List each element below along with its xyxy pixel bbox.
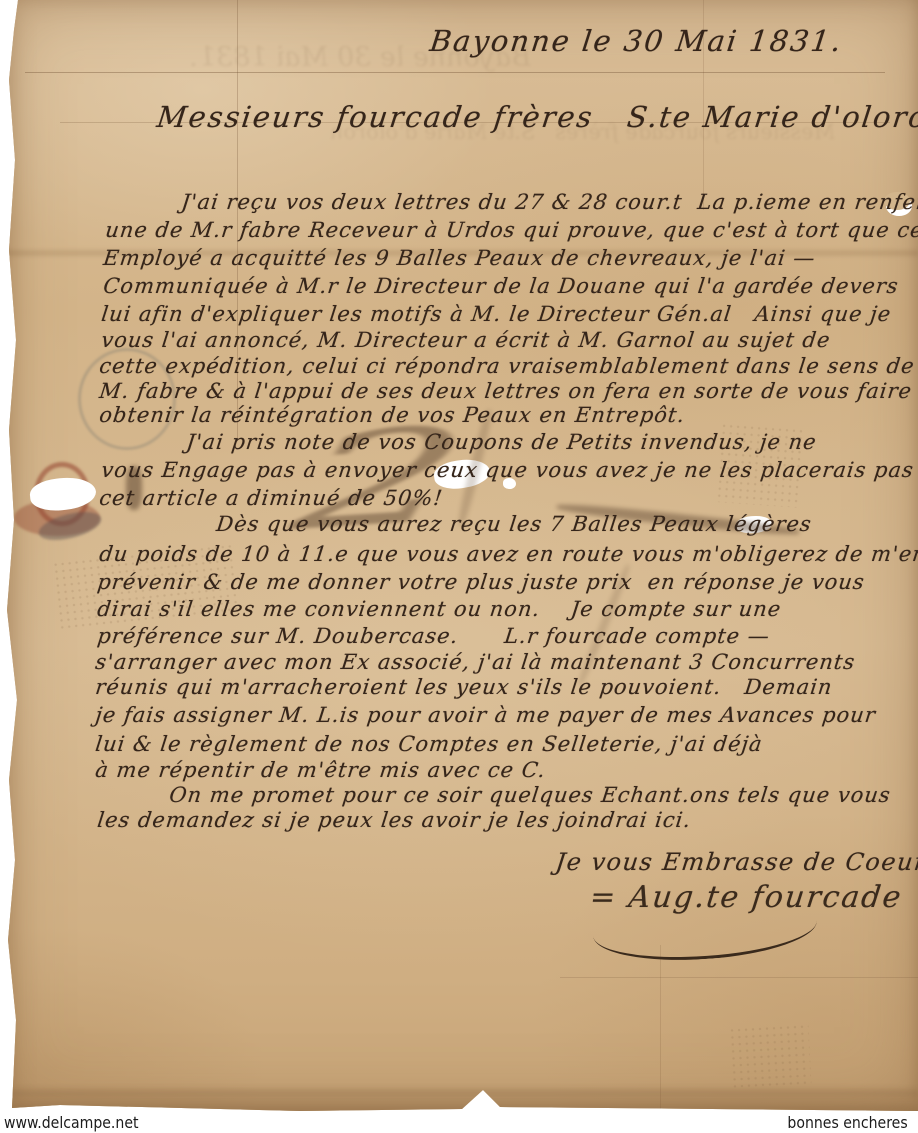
- letter-line: vous l'ai annoncé, M. Directeur a écrit …: [100, 328, 832, 352]
- letter-line: J'ai pris note de vos Coupons de Petits …: [185, 430, 818, 454]
- letter-paper: Bayonne le 30 Mai 1831. Messieurs fourca…: [0, 0, 918, 1111]
- letter-line: obtenir la réintégration de vos Peaux en…: [98, 403, 687, 427]
- letter-line: une de M.r fabre Receveur à Urdos qui pr…: [104, 218, 918, 242]
- embossed-texture: [728, 1023, 811, 1091]
- letter-line: lui & le règlement de nos Comptes en Sel…: [94, 732, 764, 756]
- letter-line: M. fabre & à l'appui de ses deux lettres…: [98, 379, 914, 403]
- letter-line: prévenir & de me donner votre plus juste…: [96, 570, 866, 594]
- letter-salutation: Messieurs fourcade frères S.te Marie d'o…: [155, 100, 918, 134]
- letter-closing: Je vous Embrasse de Coeur: [554, 848, 918, 876]
- watermark-bonnes-encheres: bonnes encheres: [788, 1113, 908, 1132]
- letter-line: réunis qui m'arracheroient les yeux s'il…: [94, 675, 834, 699]
- letter-line: Employé a acquitté les 9 Balles Peaux de…: [102, 246, 817, 270]
- letter-line: vous Engage pas à envoyer ceux que vous …: [100, 458, 915, 482]
- letter-line: lui afin d'expliquer les motifs à M. le …: [100, 302, 893, 326]
- letter-line: les demandez si je peux les avoir je les…: [96, 808, 693, 832]
- scanned-letter-photo: Bayonne le 30 Mai 1831. Messieurs fourca…: [0, 0, 918, 1133]
- letter-line: cette expédition, celui ci répondra vrai…: [98, 354, 916, 378]
- letter-line: Dès que vous aurez reçu les 7 Balles Pea…: [215, 512, 813, 536]
- letter-line: je fais assigner M. L.is pour avoir à me…: [94, 703, 877, 727]
- watermark-strip: www.delcampe.net bonnes encheres: [0, 1111, 918, 1133]
- letter-line: à me répentir de m'être mis avec ce C.: [94, 758, 547, 782]
- letter-line: J'ai reçu vos deux lettres du 27 & 28 co…: [180, 190, 918, 214]
- crease-line: [25, 72, 885, 73]
- letter-line: On me promet pour ce soir quelques Echan…: [168, 783, 892, 807]
- letter-line: cet article a diminué de 50%!: [98, 486, 444, 510]
- crease-line: [560, 977, 918, 978]
- letter-line: dirai s'il elles me conviennent ou non. …: [96, 597, 783, 621]
- letter-line: préférence sur M. Doubercase. L.r fourca…: [96, 624, 771, 648]
- letter-line: du poids de 10 à 11.e que vous avez en r…: [98, 542, 918, 566]
- letter-dateline: Bayonne le 30 Mai 1831.: [428, 24, 845, 58]
- letter-line: s'arranger avec mon Ex associé, j'ai là …: [94, 650, 857, 674]
- letter-line: Communiquée à M.r le Directeur de la Dou…: [102, 274, 900, 298]
- watermark-delcampe: www.delcampe.net: [4, 1113, 139, 1132]
